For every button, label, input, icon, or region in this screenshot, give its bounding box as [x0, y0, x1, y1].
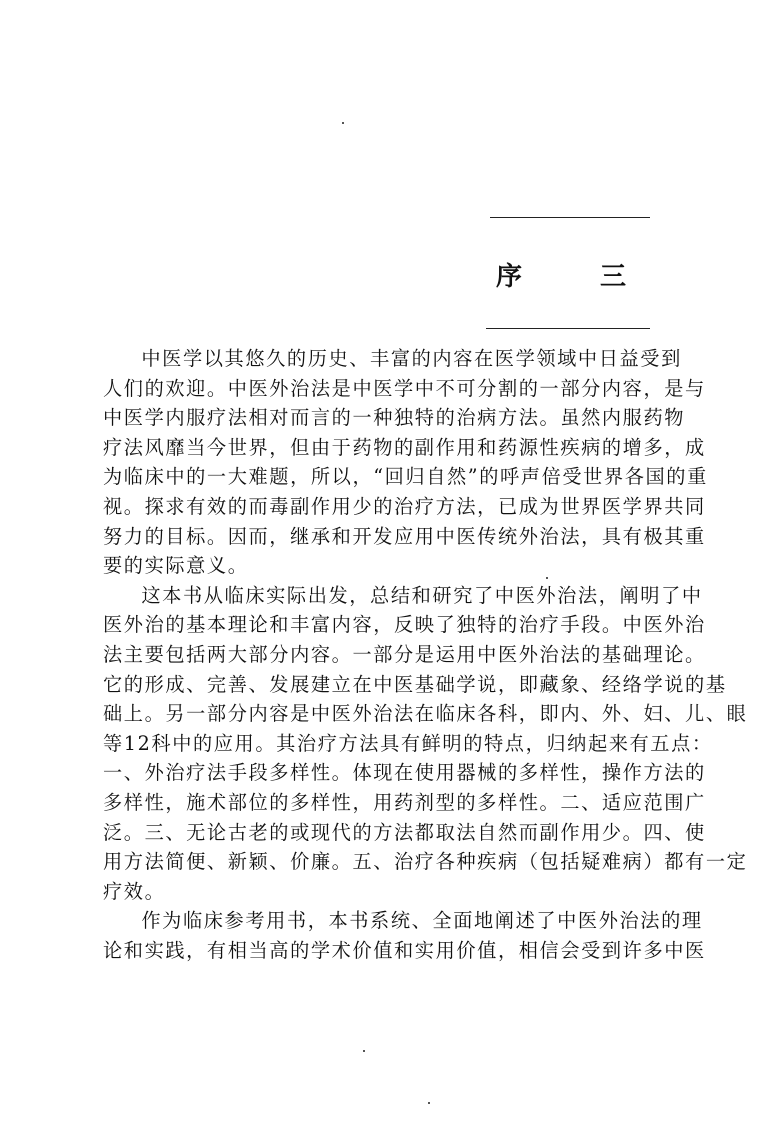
- title-rule-bottom: [486, 328, 650, 329]
- text-line: 医外治的基本理论和丰富内容，反映了独特的治疗手段。中医外治: [103, 610, 691, 640]
- page-title: 序 三: [496, 256, 626, 293]
- text-line: 用方法简便、新颖、价廉。五、治疗各种疾病（包括疑难病）都有一定: [103, 847, 691, 877]
- text-line: 努力的目标。因而，继承和开发应用中医传统外治法，具有极其重: [103, 522, 691, 552]
- title-rule-top: [490, 217, 650, 218]
- text-line: 中医学以其悠久的历史、丰富的内容在医学领域中日益受到: [103, 344, 691, 374]
- text-line: 法主要包括两大部分内容。一部分是运用中医外治法的基础理论。: [103, 640, 691, 670]
- text-line: 它的形成、完善、发展建立在中医基础学说，即藏象、经络学说的基: [103, 670, 691, 700]
- text-line: 作为临床参考用书，本书系统、全面地阐述了中医外治法的理: [103, 906, 691, 936]
- scan-speck: [428, 1102, 430, 1104]
- scan-speck: [363, 1050, 365, 1052]
- paragraph-2: 这本书从临床实际出发，总结和研究了中医外治法，阐明了中 医外治的基本理论和丰富内…: [103, 581, 691, 907]
- text-line: 疗法风靡当今世界，但由于药物的副作用和药源性疾病的增多，成: [103, 433, 691, 463]
- text-line: 疗效。: [103, 877, 691, 907]
- text-line: 多样性，施术部位的多样性，用药剂型的多样性。二、适应范围广: [103, 788, 691, 818]
- text-line: 人们的欢迎。中医外治法是中医学中不可分割的一部分内容，是与: [103, 374, 691, 404]
- paragraph-3: 作为临床参考用书，本书系统、全面地阐述了中医外治法的理 论和实践，有相当高的学术…: [103, 906, 691, 965]
- text-line: 础上。另一部分内容是中医外治法在临床各科，即内、外、妇、儿、眼: [103, 699, 691, 729]
- text-line: 等12科中的应用。其治疗方法具有鲜明的特点，归纳起来有五点：: [103, 729, 691, 759]
- text-line: 这本书从临床实际出发，总结和研究了中医外治法，阐明了中: [103, 581, 691, 611]
- text-line: 泛。三、无论古老的或现代的方法都取法自然而副作用少。四、使: [103, 818, 691, 848]
- paragraph-1: 中医学以其悠久的历史、丰富的内容在医学领域中日益受到 人们的欢迎。中医外治法是中…: [103, 344, 691, 581]
- text-line: 要的实际意义。: [103, 551, 691, 581]
- text-line: 为临床中的一大难题，所以，“回归自然”的呼声倍受世界各国的重: [103, 462, 691, 492]
- title-char-1: 序: [496, 256, 522, 293]
- text-line: 视。探求有效的而毒副作用少的治疗方法，已成为世界医学界共同: [103, 492, 691, 522]
- text-line: 论和实践，有相当高的学术价值和实用价值，相信会受到许多中医: [103, 936, 691, 966]
- scan-speck: [342, 122, 344, 124]
- text-line: 中医学内服疗法相对而言的一种独特的治病方法。虽然内服药物: [103, 403, 691, 433]
- body-text: 中医学以其悠久的历史、丰富的内容在医学领域中日益受到 人们的欢迎。中医外治法是中…: [103, 344, 691, 965]
- text-line: 一、外治疗法手段多样性。体现在使用器械的多样性，操作方法的: [103, 758, 691, 788]
- title-char-2: 三: [600, 256, 626, 293]
